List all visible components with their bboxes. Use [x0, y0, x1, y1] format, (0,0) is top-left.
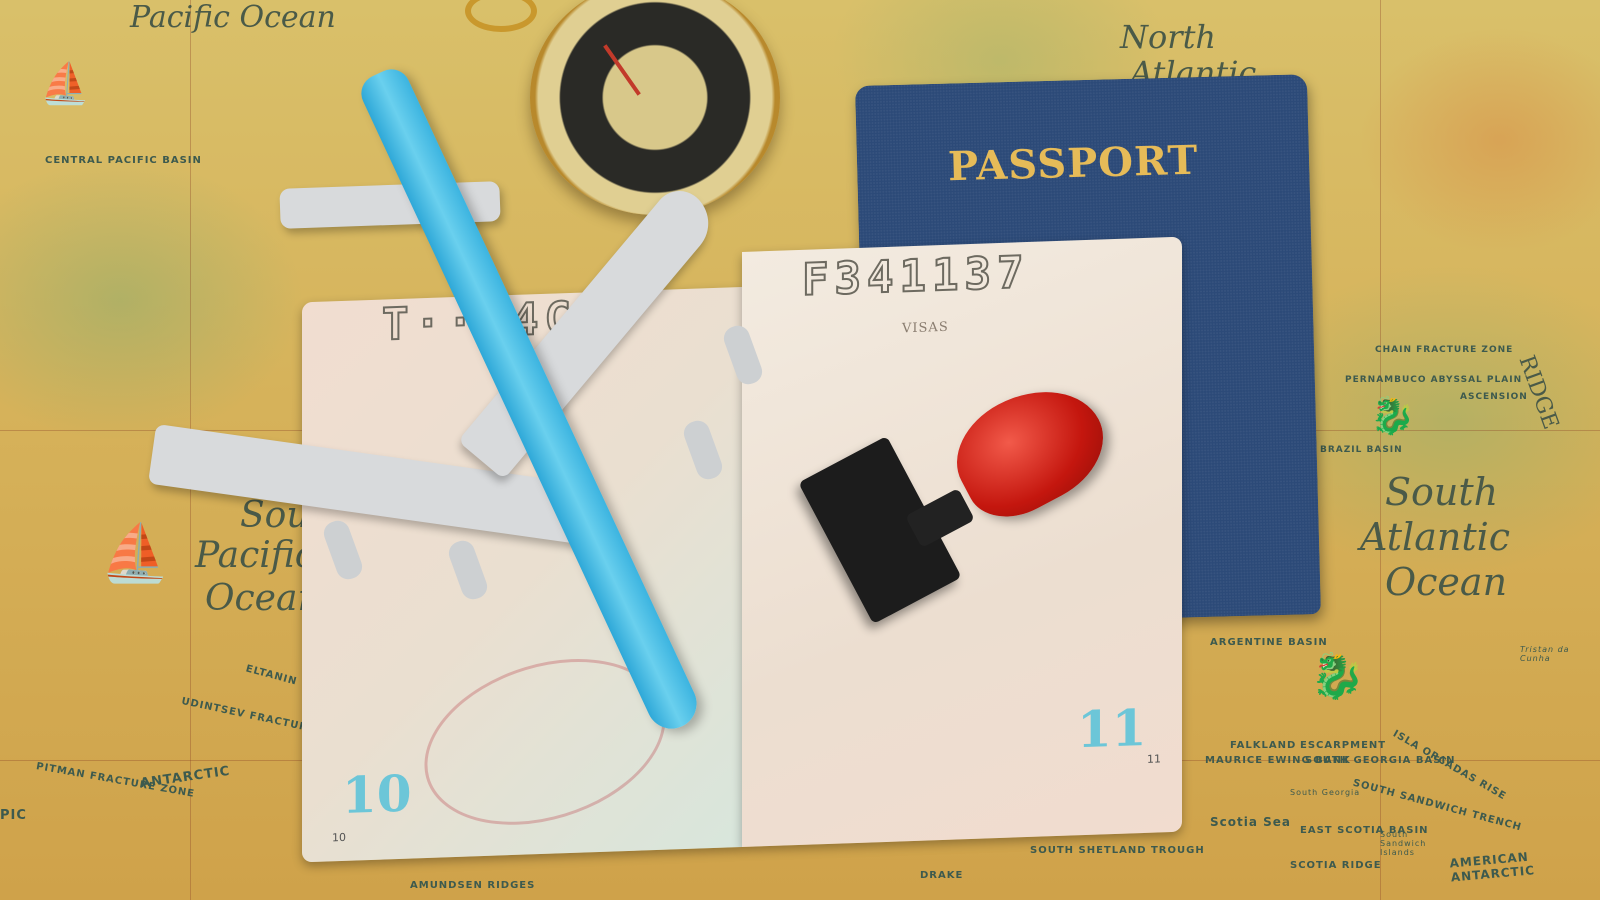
- map-label-pernambuco: PERNAMBUCO ABYSSAL PLAIN: [1345, 375, 1522, 385]
- map-label-south-atlantic-3: Ocean: [1385, 560, 1507, 604]
- sailing-ship-illustration: ⛵: [40, 60, 90, 107]
- passport-page-right: F341137 VISAS 11 11: [742, 237, 1182, 847]
- map-label-south-pacific-2: Pacific: [195, 535, 315, 576]
- page-number-right: 11: [1077, 698, 1147, 759]
- map-label-ascension: ASCENSION: [1460, 392, 1528, 402]
- map-label-falkland: FALKLAND: [1230, 740, 1296, 751]
- map-label-scotia-ridge: SCOTIA RIDGE: [1290, 860, 1382, 871]
- map-label-amundsen: AMUNDSEN RIDGES: [410, 880, 535, 891]
- map-label-argentine-basin: ARGENTINE BASIN: [1210, 637, 1328, 648]
- sea-creature-illustration: 🐉: [1310, 650, 1365, 702]
- sea-dragon-illustration: 🐉: [1370, 395, 1415, 437]
- map-label-south-shetland: SOUTH SHETLAND TROUGH: [1030, 845, 1205, 856]
- map-label-drake: DRAKE: [920, 870, 963, 881]
- page-number-right-small: 11: [1147, 752, 1161, 765]
- perforated-serial-right: F341137: [802, 247, 1029, 306]
- map-label-south-atlantic-2: Atlantic: [1360, 515, 1510, 559]
- map-label-pacific-top: Pacific Ocean: [130, 0, 336, 35]
- map-label-south-georgia: South Georgia: [1290, 788, 1360, 797]
- map-label-pacific-edge: PIC: [0, 808, 27, 823]
- map-label-brazil-basin: BRAZIL BASIN: [1320, 445, 1403, 455]
- page-number-left-small: 10: [332, 831, 346, 844]
- map-label-south-atlantic-1: South: [1385, 470, 1498, 514]
- map-label-scotia-sea: Scotia Sea: [1210, 815, 1291, 829]
- page-number-left: 10: [342, 764, 412, 825]
- map-label-tristan: Tristan da Cunha: [1520, 645, 1600, 663]
- map-label-chain-fracture: CHAIN FRACTURE ZONE: [1375, 345, 1513, 355]
- map-label-south-sandwich-islands: South Sandwich Islands: [1380, 830, 1430, 857]
- sailing-ship-illustration: ⛵: [100, 520, 170, 586]
- map-label-escarpment: ESCARPMENT: [1300, 740, 1386, 751]
- map-label-central-pacific: CENTRAL PACIFIC BASIN: [45, 155, 202, 166]
- visas-label: VISAS: [902, 320, 949, 337]
- map-label-north: North: [1120, 18, 1216, 56]
- passport-cover-title: PASSPORT: [947, 137, 1198, 191]
